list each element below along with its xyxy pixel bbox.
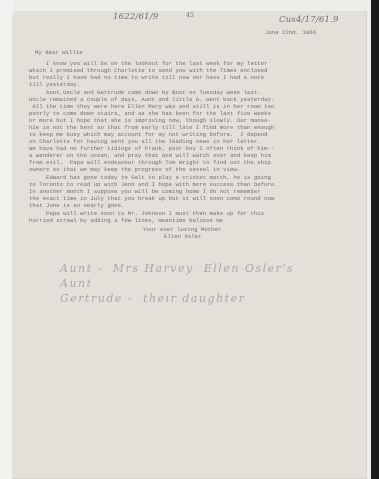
letter-signature: Ellen Osler [164, 233, 201, 240]
letter-salutation: My dear Willie [35, 49, 83, 56]
body-line: that June is so nearly gone. [29, 202, 124, 209]
archive-ref-left: 1622/61/9 [113, 12, 158, 22]
scanner-edge [371, 0, 379, 479]
body-line: owners so that we may keep the progress … [29, 166, 240, 173]
letter-date: June 22nd. 1866 [265, 29, 316, 36]
pencil-note-line: Aunt - Mrs Harvey Ellen Osler's [60, 262, 294, 275]
page-number: 45 [186, 12, 194, 19]
pencil-note-line: Gertrude - their daughter [60, 292, 245, 305]
archive-ref-right: Cus4/17/61.9 [279, 15, 339, 25]
pencil-note-line: Aunt [60, 277, 93, 290]
body-line: till yesterday. [29, 81, 80, 88]
body-line: hurried scrawl by adding a few lines, me… [29, 217, 223, 224]
